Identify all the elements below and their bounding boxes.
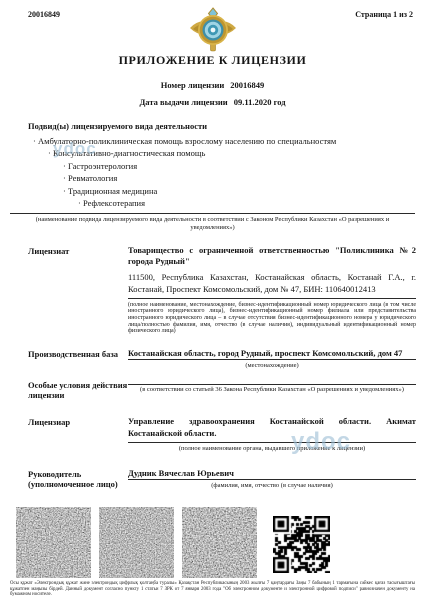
subtypes-heading: Подвид(ы) лицензируемого вида деятельнос… [28, 121, 425, 131]
license-number-label: Номер лицензии [161, 80, 225, 90]
doc-number: 20016849 [28, 10, 60, 20]
barcode-noise-2 [99, 507, 174, 578]
underline [128, 442, 416, 443]
production-base-row: Производственная база Костанайская облас… [0, 348, 425, 369]
page-indicator: Страница 1 из 2 [355, 10, 413, 20]
subtype-item: · Консультативно-диагностическая помощь [28, 147, 413, 159]
head-row: Руководитель (уполномоченное лицо) Дудни… [0, 468, 425, 490]
subtypes-caption: (наименование подвида лицензируемого вид… [0, 216, 425, 230]
blank-line [128, 379, 416, 385]
subtype-item: · Рефлексотерапия [28, 197, 413, 209]
qr-code [273, 516, 330, 573]
issue-date-value: 09.11.2020 год [234, 97, 286, 107]
licensor-value: Управление здравоохранения Костанайской … [128, 416, 416, 439]
licensee-label: Лицензиат [28, 245, 128, 335]
head-caption: (фамилия, имя, отчество (в случае наличи… [128, 482, 416, 489]
subtype-item: · Ревматология [28, 172, 413, 184]
separator-line [10, 213, 415, 214]
licensee-name: Товарищество с ограниченной ответственно… [128, 245, 416, 268]
licensee-row: Лицензиат Товарищество с ограниченной от… [0, 245, 425, 335]
legal-footer-text: Осы құжат «Электрондық құжат және электр… [10, 581, 415, 598]
subtype-item: · Традиционная медицина [28, 185, 413, 197]
license-number-line: Номер лицензии20016849 [0, 80, 425, 91]
license-number-value: 20016849 [230, 80, 264, 90]
issue-date-line: Дата выдачи лицензии09.11.2020 год [0, 97, 425, 108]
subtype-item: · Амбулаторно-поликлиническая помощь взр… [28, 135, 413, 147]
kazakhstan-emblem-icon [187, 7, 239, 58]
production-base-value: Костанайская область, город Рудный, прос… [128, 348, 416, 361]
production-base-caption: (местонахождение) [128, 362, 416, 369]
licensor-caption: (полное наименование органа, выдавшего п… [128, 445, 416, 452]
licensee-caption: (полное наименование, местонахождение, б… [128, 302, 416, 335]
issue-date-label: Дата выдачи лицензии [139, 97, 227, 107]
head-label: Руководитель (уполномоченное лицо) [28, 468, 128, 490]
special-conditions-row: Особые условия действия лицензии (в соот… [0, 379, 425, 401]
barcode-noise-1 [16, 507, 91, 578]
license-annex-page: 20016849 Страница 1 из 2 ПРИЛОЖЕНИЕ К ЛИ… [0, 0, 425, 600]
production-base-label: Производственная база [28, 348, 128, 369]
special-conditions-label: Особые условия действия лицензии [28, 379, 128, 401]
subtype-list: · Амбулаторно-поликлиническая помощь взр… [28, 135, 413, 209]
head-value: Дудник Вячеслав Юрьевич [128, 468, 416, 481]
subtype-item: · Гастроэнтерология [28, 160, 413, 172]
special-conditions-caption: (в соответствии со статьей 36 Закона Рес… [128, 386, 416, 393]
licensee-address: 111500, Республика Казахстан, Костанайск… [128, 272, 416, 295]
licensor-label: Лицензиар [28, 416, 128, 452]
barcode-noise-3 [182, 507, 257, 578]
underline [128, 298, 416, 299]
licensor-row: Лицензиар Управление здравоохранения Кос… [0, 416, 425, 452]
